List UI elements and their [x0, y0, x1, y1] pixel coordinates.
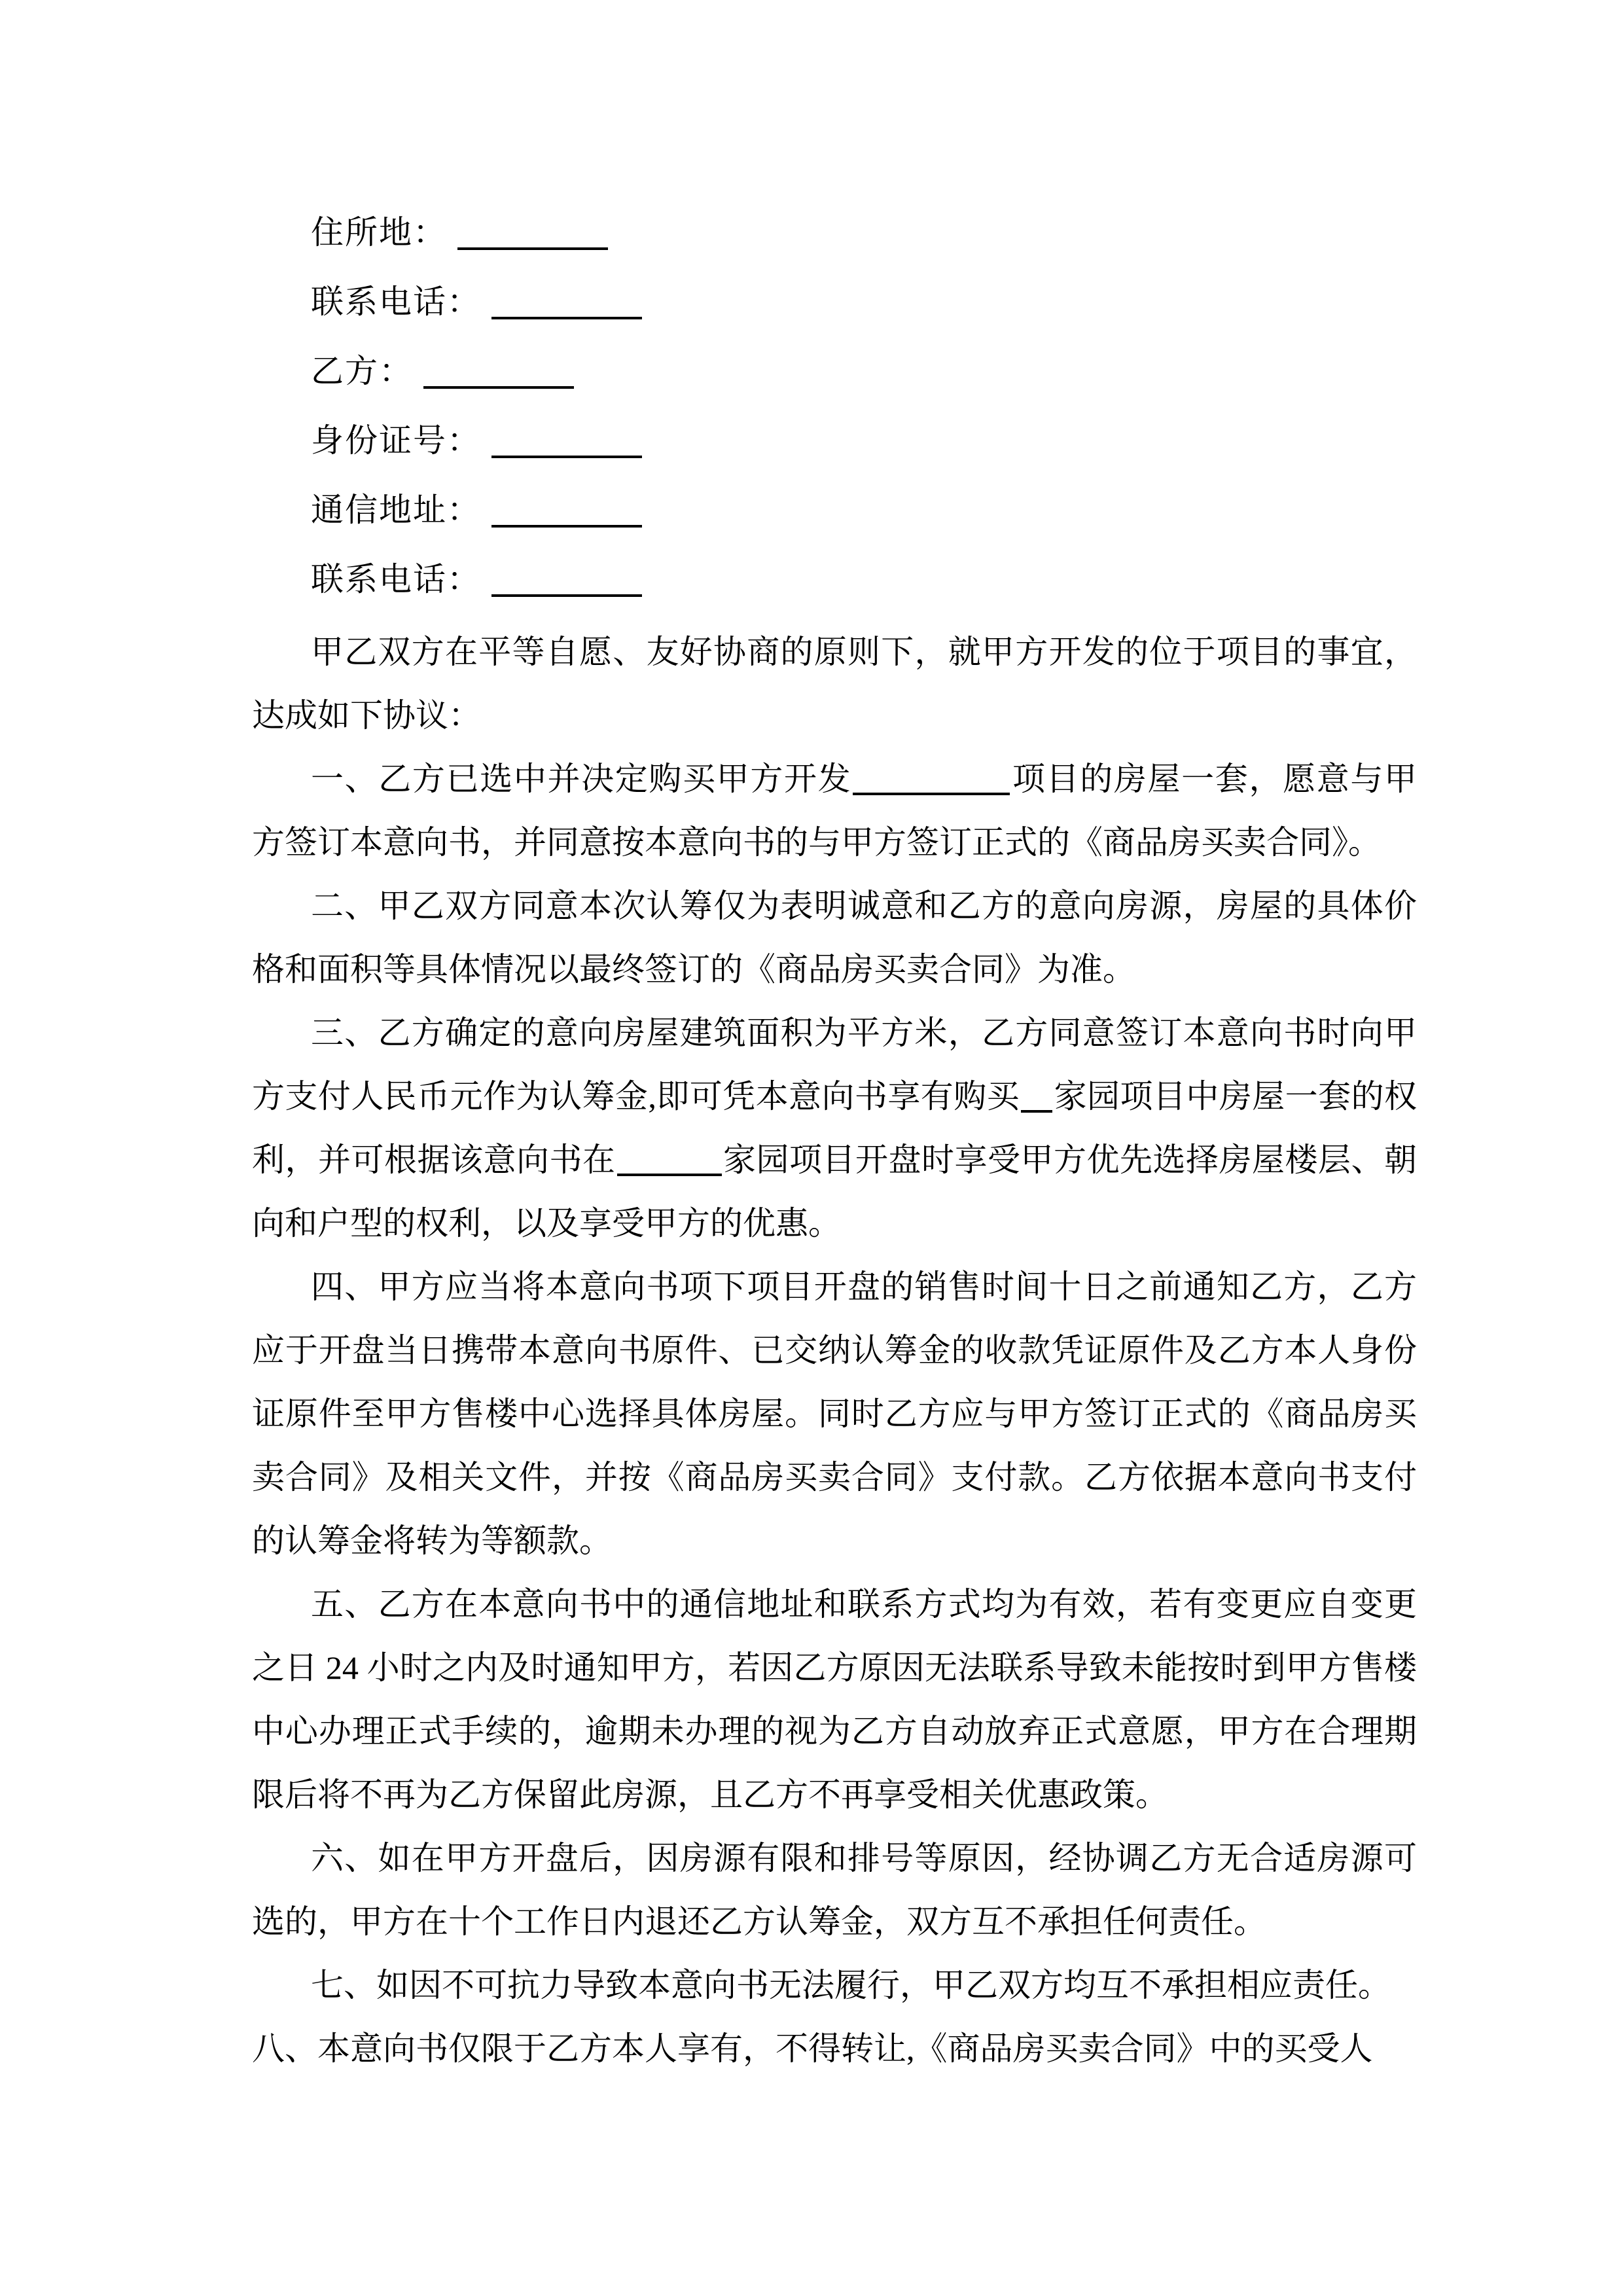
contract-paragraph: 六、如在甲方开盘后，因房源有限和排号等原因，经协调乙方无合适房源可选的，甲方在十…: [252, 1827, 1417, 1954]
form-field-row: 联系电话：: [252, 545, 1417, 614]
contract-paragraph: 四、甲方应当将本意向书项下项目开盘的销售时间十日之前通知乙方，乙方应于开盘当日携…: [252, 1255, 1417, 1573]
contract-page: 住所地：联系电话：乙方：身份证号：通信地址：联系电话： 甲乙双方在平等自愿、友好…: [0, 0, 1623, 2296]
form-field-row: 乙方：: [252, 336, 1417, 406]
form-block: 住所地：联系电话：乙方：身份证号：通信地址：联系电话：: [252, 198, 1417, 614]
blank-line: [1021, 1103, 1052, 1113]
field-blank-line: [491, 517, 642, 528]
field-label: 联系电话：: [311, 561, 481, 598]
field-label: 通信地址：: [311, 492, 481, 528]
blank-line: [853, 786, 1010, 795]
field-label: 身份证号：: [311, 422, 481, 459]
form-field-row: 通信地址：: [252, 475, 1417, 545]
field-blank-line: [423, 378, 574, 389]
contract-paragraph: 甲乙双方在平等自愿、友好协商的原则下，就甲方开发的位于项目的事宜，达成如下协议：: [252, 620, 1417, 747]
form-field-row: 住所地：: [252, 198, 1417, 267]
field-label: 乙方：: [311, 353, 413, 389]
field-blank-line: [491, 448, 642, 458]
field-blank-line: [491, 586, 642, 597]
contract-paragraph: 七、如因不可抗力导致本意向书无法履行，甲乙双方均互不承担相应责任。: [252, 1954, 1417, 2017]
contract-body: 甲乙双方在平等自愿、友好协商的原则下，就甲方开发的位于项目的事宜，达成如下协议：…: [252, 620, 1417, 2081]
page-content: 住所地：联系电话：乙方：身份证号：通信地址：联系电话： 甲乙双方在平等自愿、友好…: [252, 198, 1417, 2081]
blank-line: [617, 1167, 722, 1176]
contract-paragraph: 三、乙方确定的意向房屋建筑面积为平方米，乙方同意签订本意向书时向甲方支付人民币元…: [252, 1001, 1417, 1255]
contract-paragraph: 五、乙方在本意向书中的通信地址和联系方式均为有效，若有变更应自变更之日 24 小…: [252, 1573, 1417, 1827]
document-page: { "page": { "background": "#ffffff", "te…: [0, 0, 1623, 2296]
contract-paragraph: 二、甲乙双方同意本次认筹仅为表明诚意和乙方的意向房源，房屋的具体价格和面积等具体…: [252, 874, 1417, 1001]
field-blank-line: [491, 309, 642, 319]
field-blank-line: [457, 240, 608, 250]
form-field-row: 联系电话：: [252, 267, 1417, 336]
contract-paragraph: 一、乙方已选中并决定购买甲方开发项目的房屋一套，愿意与甲方签订本意向书，并同意按…: [252, 747, 1417, 874]
contract-paragraph: 八、本意向书仅限于乙方本人享有，不得转让,《商品房买卖合同》中的买受人: [252, 2017, 1417, 2081]
form-field-row: 身份证号：: [252, 406, 1417, 475]
field-label: 住所地：: [311, 214, 447, 251]
field-label: 联系电话：: [311, 283, 481, 320]
